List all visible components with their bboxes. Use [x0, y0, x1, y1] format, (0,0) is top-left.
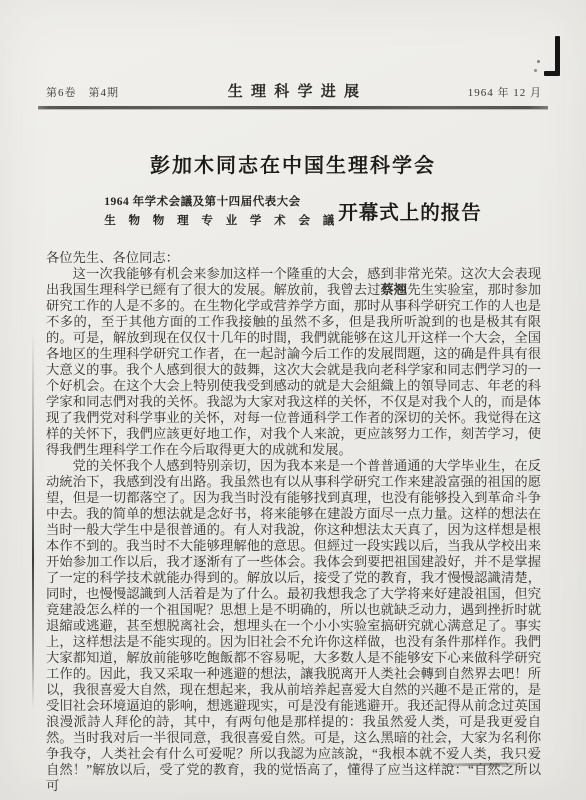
- paragraph-2: 党的关怀我个人感到特别亲切，因为我本来是一个普普通通的大学毕业生，在反动統治下，…: [46, 458, 541, 794]
- article-subtitle: 1964 年学术会議及第十四届代表大会 生物物理专业学术会議 开幕式上的报告: [0, 193, 586, 228]
- journal-header: 第6卷 第4期 生理科学进展 1964 年 12 月: [46, 0, 542, 101]
- paragraph-1-text-post: 先生实验室，那时参加研究工作的人是不多的。在生物化学或营养学方面，那时从事科学研…: [46, 282, 541, 457]
- journal-title: 生理科学进展: [219, 80, 367, 101]
- article-title: 彭加木同志在中国生理科学会: [0, 149, 586, 178]
- person-name-cai-qiao: 蔡翘: [381, 282, 408, 297]
- scanned-journal-page: 第6卷 第4期 生理科学进展 1964 年 12 月 彭加木同志在中国生理科学会…: [0, 0, 586, 800]
- subtitle-report-label: 开幕式上的报告: [338, 197, 482, 225]
- issue-date-label: 1964 年 12 月: [468, 84, 542, 100]
- paragraph-1: 这一次我能够有机会来参加这样一个隆重的大会，感到非常光荣。这次大会表现出我国生理…: [46, 266, 541, 458]
- scan-artifact-left-edge-line: [32, 330, 34, 710]
- salutation-line: 各位先生、各位同志：: [46, 250, 541, 266]
- header-rule: [38, 106, 548, 109]
- subtitle-meeting-line1: 1964 年学术会議及第十四届代表大会: [104, 193, 334, 209]
- volume-issue-label: 第6卷 第4期: [46, 84, 119, 100]
- subtitle-meeting-line2: 生物物理专业学术会議: [104, 212, 334, 228]
- article-body: 各位先生、各位同志： 这一次我能够有机会来参加这样一个隆重的大会，感到非常光荣。…: [46, 250, 541, 794]
- subtitle-meeting-block: 1964 年学术会議及第十四届代表大会 生物物理专业学术会議: [104, 193, 334, 228]
- scan-artifact-corner-mark: [555, 36, 560, 76]
